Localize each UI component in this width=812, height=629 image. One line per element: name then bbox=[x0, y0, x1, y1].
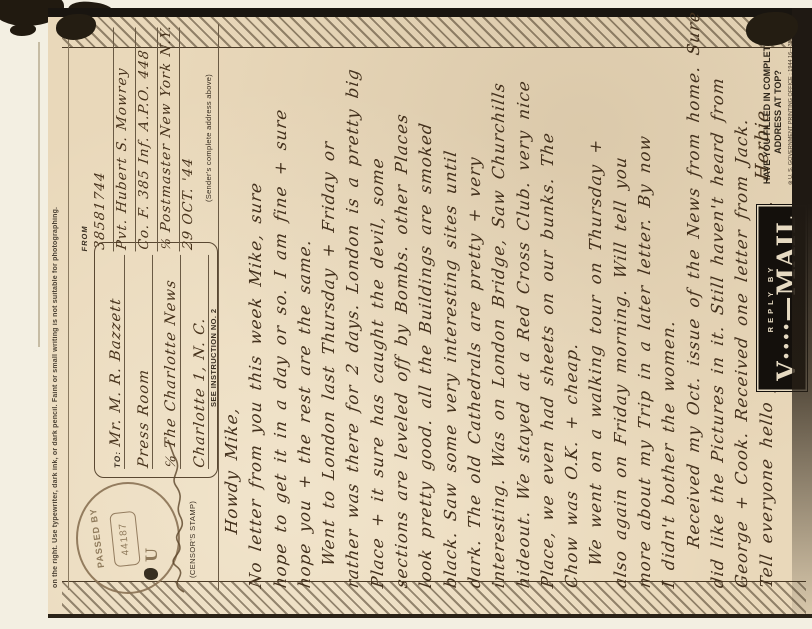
footer-question-line1: HAVE YOU FILLED IN COMPLETE bbox=[762, 39, 773, 185]
letter-line: Place, we even had sheets on our bunks. … bbox=[536, 20, 560, 589]
censor-stamp-caption: (CENSOR'S STAMP) bbox=[188, 501, 197, 578]
letter-line: Howdy Mike, bbox=[220, 20, 244, 535]
to-city: Charlotte 1, N. C. bbox=[192, 316, 208, 469]
to-line-4: Charlotte 1, N. C. bbox=[181, 251, 209, 469]
letter-line: rather was there for 2 days. London is a… bbox=[341, 20, 365, 589]
to-name: Mr. M. R. Bazzett bbox=[108, 297, 124, 448]
from-serial-text: 38581744 bbox=[92, 170, 108, 251]
rule-line bbox=[68, 24, 69, 590]
letter-line: more about my Trip in a later letter. By… bbox=[633, 20, 657, 589]
letter-line: sections are leveled off by Bombs. other… bbox=[390, 20, 414, 589]
from-date-text: 29 OCT. '44 bbox=[180, 156, 196, 251]
address-panel-rule bbox=[218, 24, 219, 590]
fold-line bbox=[38, 42, 40, 347]
letter-line: did like the Pictures in it. Still haven… bbox=[706, 20, 730, 589]
letter-line: Received my Oct. issue of the News from … bbox=[682, 20, 706, 549]
from-unit: Co. F. 385 Inf. A.P.O. 448 bbox=[136, 24, 158, 251]
scan-edge-shadow bbox=[792, 8, 812, 618]
letter-line: I didn't bother the women. bbox=[657, 20, 681, 589]
ink-blot bbox=[144, 568, 158, 580]
letter-line: Chow was O.K. + cheap. bbox=[560, 20, 584, 589]
footer-question-line2: ADDRESS AT TOP? bbox=[773, 39, 784, 185]
from-name-text: Pvt. Hubert S. Mowrey bbox=[114, 66, 130, 250]
letter-line: Went to London last Thursday + Friday or bbox=[317, 20, 341, 567]
form-instruction-text: on the right. Use typewriter, dark ink, … bbox=[52, 26, 64, 588]
letter-line: hope you + the rest are the same. bbox=[293, 20, 317, 589]
to-line-3: ℅ The Charlotte News bbox=[153, 251, 181, 469]
letter-body: Howdy Mike,No letter from you this week … bbox=[220, 22, 782, 588]
from-postmaster: ℅ Postmaster New York N.Y. bbox=[158, 24, 180, 251]
to-org: ℅ The Charlotte News bbox=[163, 278, 180, 469]
to-address-box: TO: Mr. M. R. Bazzett Press Room ℅ The C… bbox=[94, 242, 218, 478]
censor-passed-by-text: PASSED BY bbox=[85, 484, 110, 592]
letter-line: dark. The old Cathedrals are pretty + ve… bbox=[463, 20, 487, 589]
form-border-left bbox=[48, 614, 812, 618]
letter-line: look pretty good. all the Buildings are … bbox=[414, 20, 438, 589]
from-date: 29 OCT. '44 bbox=[180, 25, 201, 252]
letter-line: Place + it sure has caught the devil, so… bbox=[366, 20, 390, 589]
letter-line: hideout. We stayed at a Red Cross Club. … bbox=[512, 20, 536, 589]
to-dept: Press Room bbox=[136, 368, 152, 469]
letter-line: also again on Friday morning. Will tell … bbox=[609, 20, 633, 589]
from-address-block: FROM 38581744 Pvt. Hubert S. Mowrey Co. … bbox=[92, 26, 213, 250]
from-name: Pvt. Hubert S. Mowrey bbox=[114, 24, 136, 251]
to-label: TO: bbox=[113, 450, 124, 469]
see-instruction-note: SEE INSTRUCTION NO. 2 bbox=[209, 309, 218, 407]
from-serial: FROM 38581744 bbox=[92, 24, 114, 251]
censor-number: 44187 bbox=[109, 511, 141, 567]
to-line-1: TO: Mr. M. R. Bazzett bbox=[97, 251, 125, 469]
letter-line: black. Saw some very interesting sites u… bbox=[439, 20, 463, 589]
letter-line: George + Cook. Received one letter from … bbox=[730, 20, 754, 589]
letter-line: We went on a walking tour on Thursday + bbox=[584, 20, 608, 567]
letter-line: hope to get it in a day or so. I am fine… bbox=[269, 20, 293, 589]
sender-address-note: (Sender's complete address above) bbox=[204, 26, 213, 250]
footer-address-question: HAVE YOU FILLED IN COMPLETE ADDRESS AT T… bbox=[762, 39, 784, 185]
from-postmaster-text: ℅ Postmaster New York N.Y. bbox=[158, 24, 174, 251]
from-label: FROM bbox=[80, 225, 89, 252]
censor-initial: U bbox=[142, 548, 161, 562]
scan-tear-mark bbox=[10, 24, 36, 36]
vmail-form: on the right. Use typewriter, dark ink, … bbox=[48, 8, 812, 618]
vmail-scan: on the right. Use typewriter, dark ink, … bbox=[0, 0, 812, 629]
letter-line: No letter from you this week Mike, sure bbox=[244, 20, 268, 589]
from-unit-text: Co. F. 385 Inf. A.P.O. 448 bbox=[136, 48, 152, 251]
letter-line: interesting. Was on London Bridge, Saw C… bbox=[487, 20, 511, 589]
to-line-2: Press Room bbox=[125, 251, 153, 469]
